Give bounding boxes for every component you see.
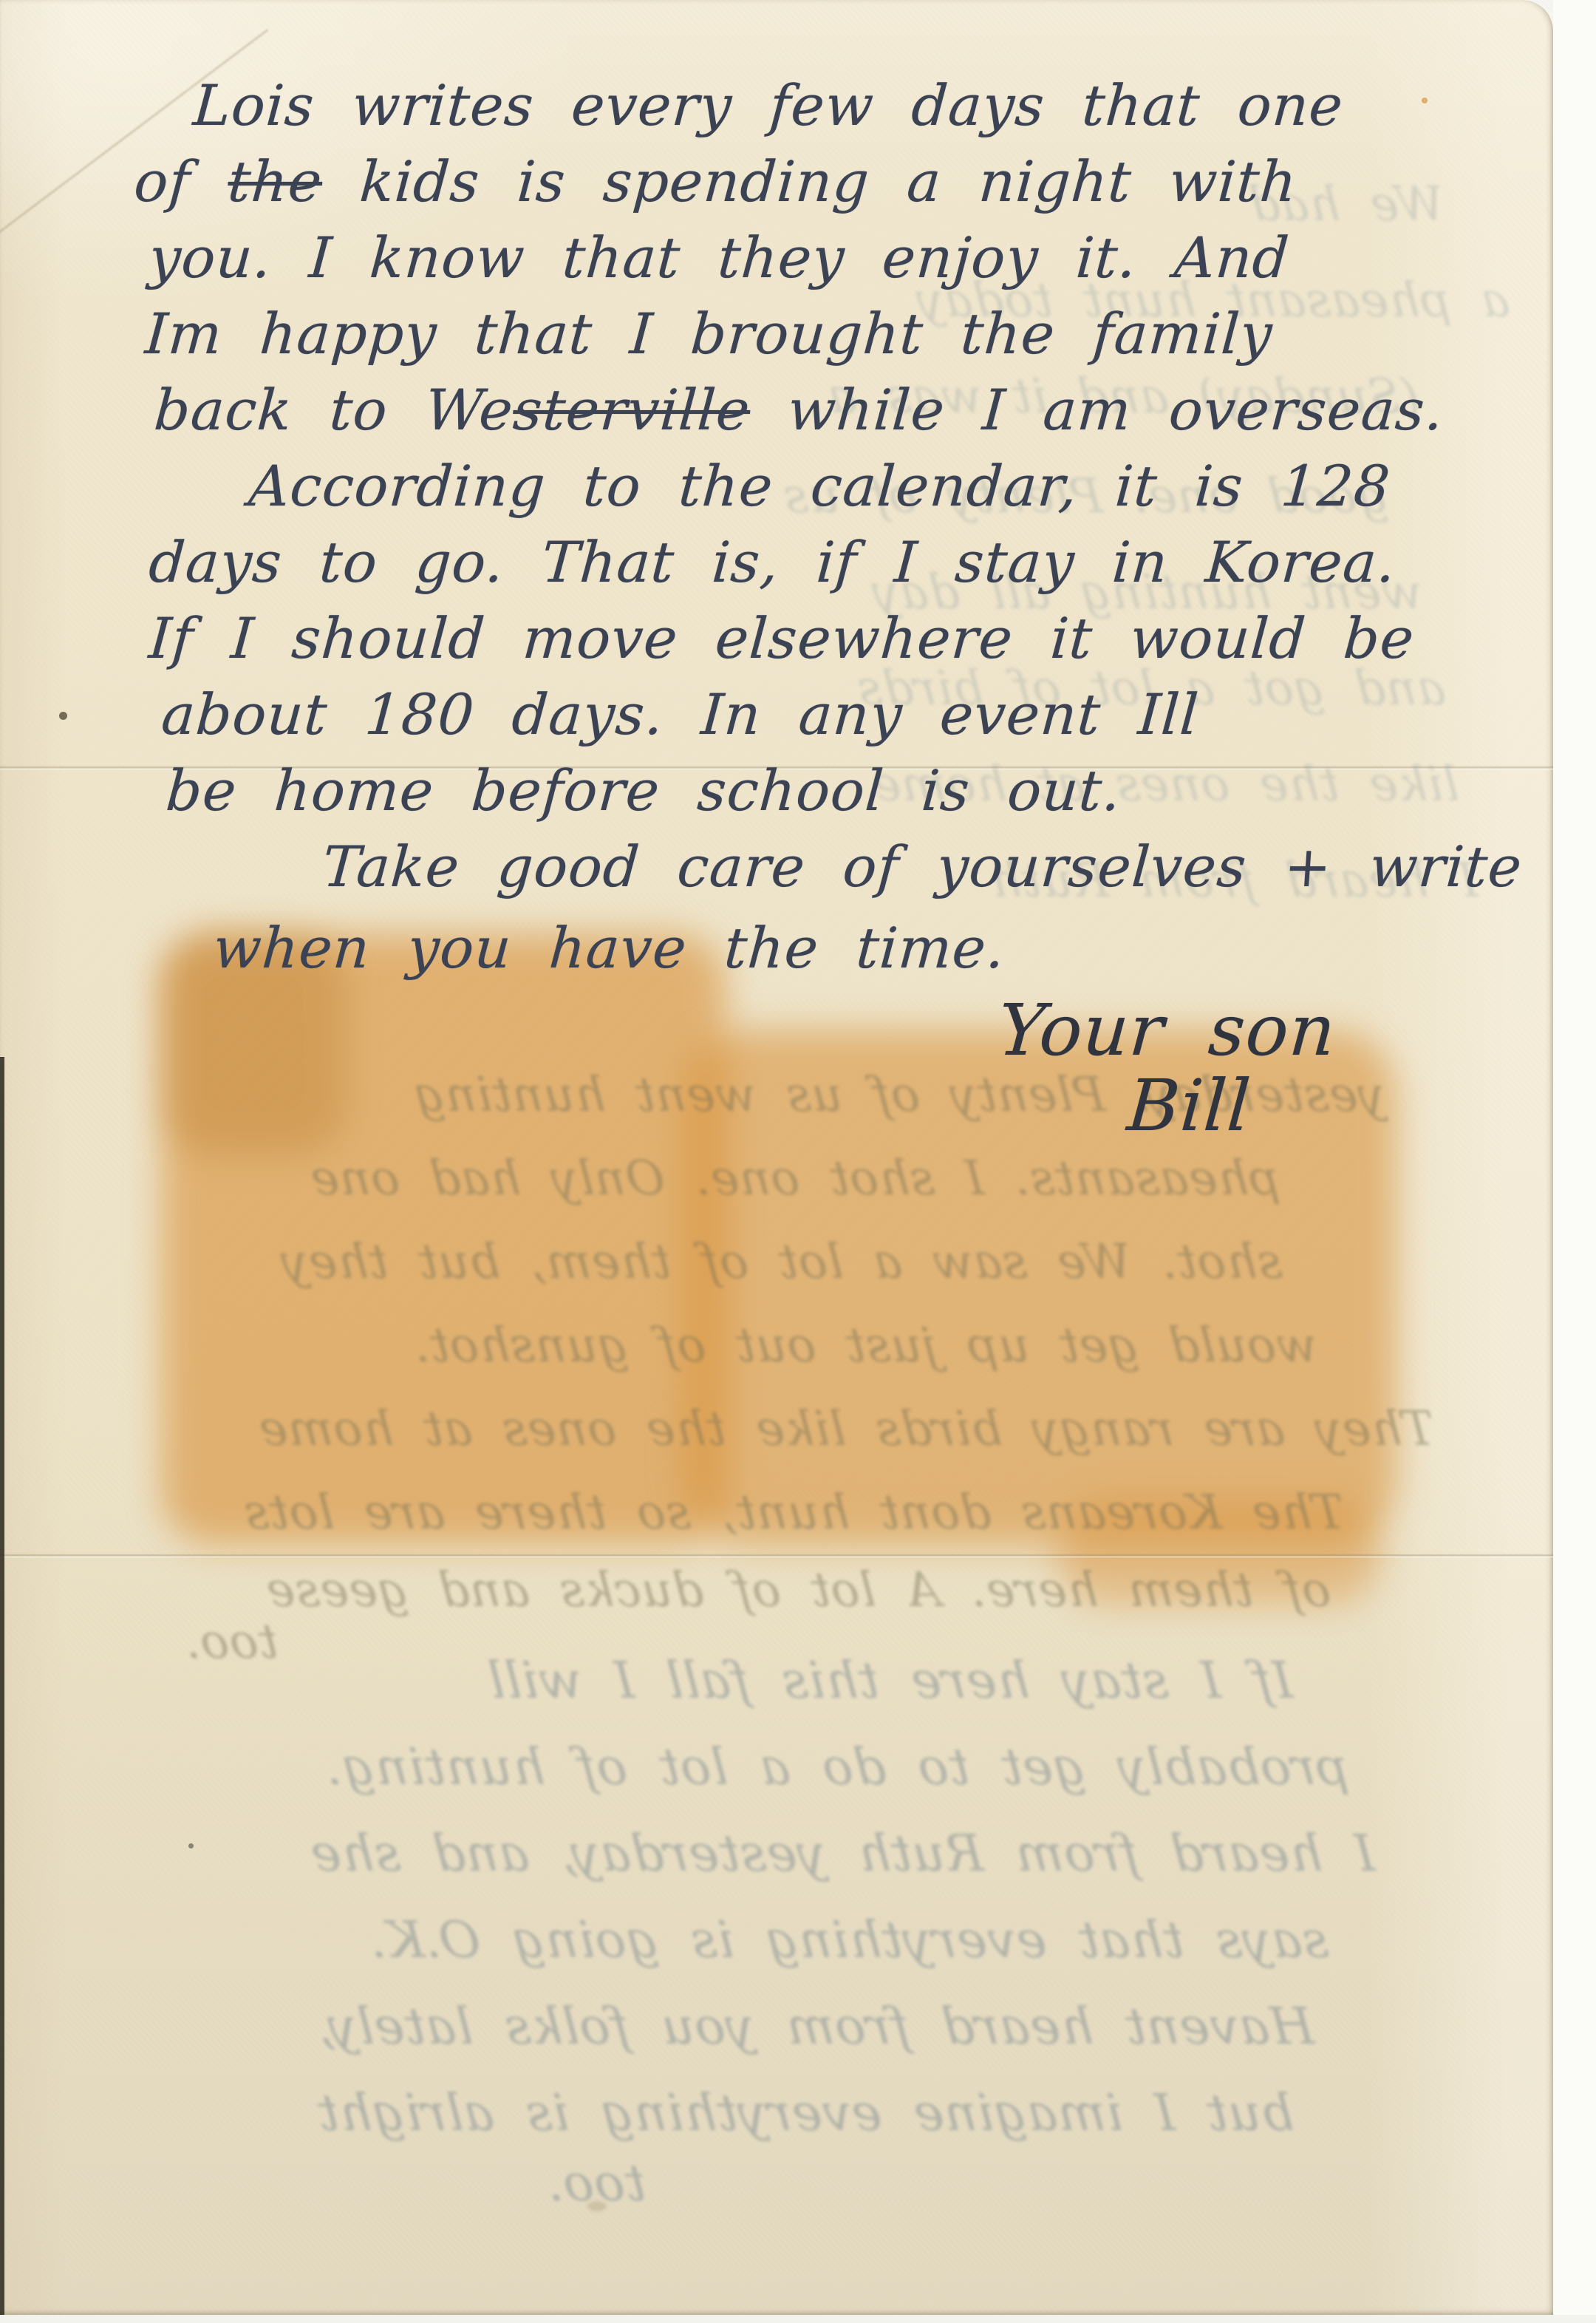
bleedthrough-line: pheasants. I shot one. Only had one bbox=[308, 1152, 1281, 1206]
bleedthrough-line: probably get to do a lot of hunting. bbox=[323, 1738, 1350, 1797]
paper-speck bbox=[188, 1843, 194, 1848]
bleedthrough-line: of them here. A lot of ducks and geese bbox=[264, 1563, 1332, 1618]
letter-line: Take good care of yourselves + write bbox=[321, 834, 1524, 899]
letter-line: Im happy that I brought the family bbox=[143, 301, 1275, 367]
bleedthrough-line: too. bbox=[545, 2154, 647, 2213]
bleedthrough-line: The Koreans dont hunt, so there are lots bbox=[242, 1486, 1346, 1540]
signature-line: Your son bbox=[995, 989, 1339, 1072]
bleedthrough-line: shot. We saw a lot of them, but they bbox=[279, 1235, 1283, 1290]
fold-crease-lower bbox=[0, 1554, 1553, 1558]
paper-edge-shadow-left bbox=[0, 1057, 4, 2315]
bleedthrough-line: but I imagine everything is alright bbox=[316, 2084, 1295, 2143]
letter-line: Lois writes every few days that one bbox=[191, 72, 1346, 138]
bleedthrough-line: would get up just out of gunshot. bbox=[412, 1319, 1319, 1373]
letter-line: back to Westerville while I am overseas. bbox=[152, 377, 1446, 443]
letter-line: According to the calendar, it is 128 bbox=[247, 453, 1393, 519]
scanned-letter-page: We hada pheasant hunt today(Sunday) and … bbox=[0, 0, 1596, 2323]
letter-line: If I should move elsewhere it would be bbox=[147, 605, 1416, 671]
paper-speck bbox=[59, 712, 67, 720]
bleedthrough-line: too. bbox=[183, 1615, 279, 1670]
scan-background-right bbox=[1553, 0, 1596, 2323]
bleedthrough-line: I heard from Ruth yesterday, and she bbox=[308, 1825, 1377, 1883]
bleedthrough-line: If I stay here this fall I will bbox=[485, 1652, 1295, 1710]
bleedthrough-line: Havent heard from you folks lately, bbox=[316, 1998, 1316, 2056]
letter-line: when you have the time. bbox=[211, 915, 1007, 981]
bleedthrough-line: says that everything is going O.K. bbox=[367, 1911, 1330, 1970]
letter-line: of the kids is spending a night with bbox=[132, 149, 1300, 214]
scan-background-bottom bbox=[0, 2315, 1596, 2323]
bleedthrough-line: They are rangy birds like the ones at ho… bbox=[256, 1402, 1436, 1457]
letter-line: be home before school is out. bbox=[164, 758, 1123, 823]
letter-line: about 180 days. In any event Ill bbox=[160, 681, 1201, 747]
paper-speck bbox=[1422, 98, 1428, 103]
letter-line: you. I know that they enjoy it. And bbox=[147, 225, 1292, 290]
letter-line: days to go. That is, if I stay in Korea. bbox=[147, 529, 1398, 595]
signature-line: Bill bbox=[1125, 1064, 1253, 1147]
